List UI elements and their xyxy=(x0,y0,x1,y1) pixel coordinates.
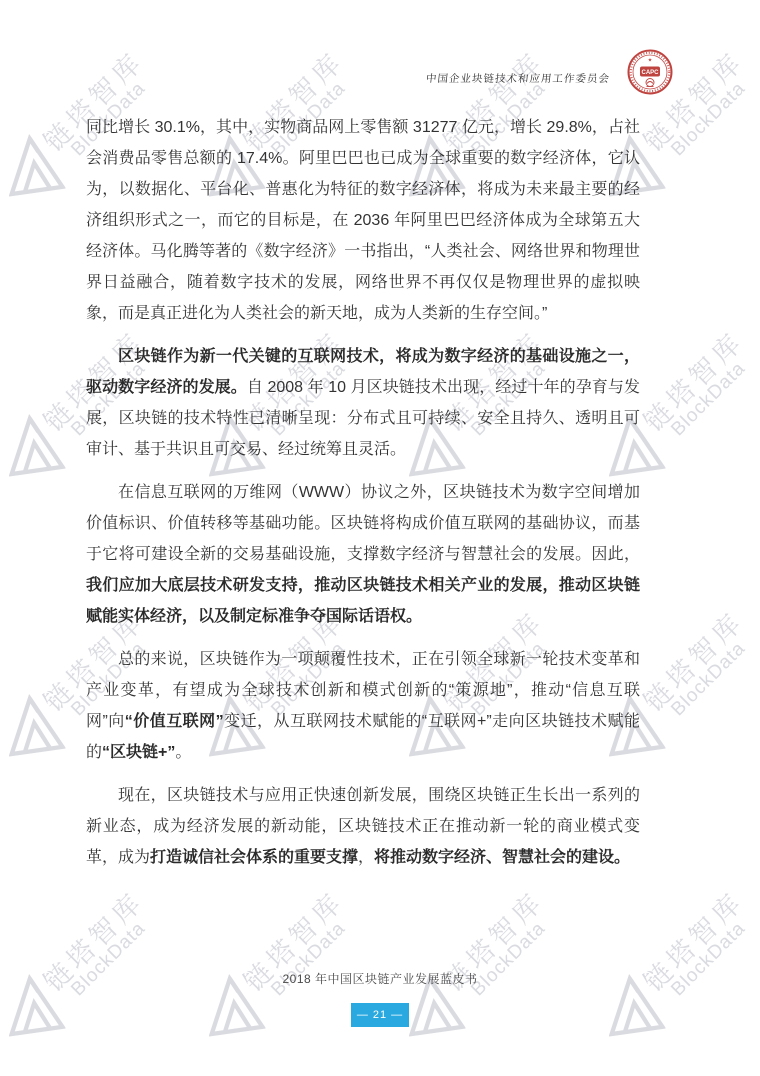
seal-label: CAPC xyxy=(641,70,659,76)
watermark-line1: 链塔智库 xyxy=(639,326,750,437)
watermark-text: 链塔智库BlockData xyxy=(239,886,363,1010)
text-run: 打造诚信社会体系的重要支撑 xyxy=(150,849,358,866)
watermark-text: 链塔智库BlockData xyxy=(639,606,760,730)
paragraph: 总的来说，区块链作为一项颠覆性技术，正在引领全球新一轮技术变革和产业变革，有望成… xyxy=(86,644,640,768)
paragraph: 在信息互联网的万维网（WWW）协议之外，区块链技术为数字空间增加价值标识、价值转… xyxy=(86,477,640,632)
page-number-badge: — 21 — xyxy=(351,1003,409,1027)
watermark-line2: BlockData xyxy=(668,626,760,721)
svg-text:·: · xyxy=(657,61,658,65)
text-run: 。 xyxy=(175,744,191,761)
watermark: 链塔智库BlockData xyxy=(5,880,177,1048)
text-run: 将推动数字经济、智慧社会的建设。 xyxy=(374,849,630,866)
paragraphs: 同比增长 30.1%，其中，实物商品网上零售额 31277 亿元，增长 29.8… xyxy=(86,112,640,885)
organization-name: 中国企业块链技术和应用工作委员会 xyxy=(425,71,611,86)
watermark: 链塔智库BlockData xyxy=(605,880,760,1048)
text-run: “区块链+” xyxy=(102,744,175,761)
watermark-line2: BlockData xyxy=(668,346,760,441)
watermark: 链塔智库BlockData xyxy=(405,880,577,1048)
text-run: 我们应加大底层技术研发支持，推动区块链技术相关产业的发展，推动区块链赋能实体经济… xyxy=(86,577,640,625)
book-title: 2018 年中国区块链产业发展蓝皮书 xyxy=(0,970,760,987)
blockdata-logo-icon xyxy=(1,410,66,479)
watermark-line1: 链塔智库 xyxy=(639,606,750,717)
document-page: 链塔智库BlockData链塔智库BlockData链塔智库BlockData链… xyxy=(0,0,760,1076)
text-run: ， xyxy=(358,849,374,866)
text-run: “价值互联网” xyxy=(125,713,224,730)
paragraph: 现在，区块链技术与应用正快速创新发展，围绕区块链正生长出一系列的新业态，成为经济… xyxy=(86,780,640,873)
svg-text:★: ★ xyxy=(648,58,653,64)
watermark-text: 链塔智库BlockData xyxy=(39,886,163,1010)
paragraph: 区块链作为新一代关键的互联网技术，将成为数字经济的基础设施之一，驱动数字经济的发… xyxy=(86,341,640,465)
watermark-text: 链塔智库BlockData xyxy=(639,886,760,1010)
blockdata-logo-icon xyxy=(1,130,66,199)
watermark-text: 链塔智库BlockData xyxy=(439,886,563,1010)
svg-text:·: · xyxy=(643,61,644,65)
watermark-text: 链塔智库BlockData xyxy=(639,326,760,450)
watermark-line2: BlockData xyxy=(668,66,760,161)
paragraph: 同比增长 30.1%，其中，实物商品网上零售额 31277 亿元，增长 29.8… xyxy=(86,112,640,329)
blockdata-logo-icon xyxy=(1,690,66,759)
text-run: 在信息互联网的万维网（WWW）协议之外，区块链技术为数字空间增加价值标识、价值转… xyxy=(86,484,640,563)
capc-seal-icon: ★ · · CAPC xyxy=(626,48,674,96)
text-run: 同比增长 30.1%，其中，实物商品网上零售额 31277 亿元，增长 29.8… xyxy=(86,119,640,322)
